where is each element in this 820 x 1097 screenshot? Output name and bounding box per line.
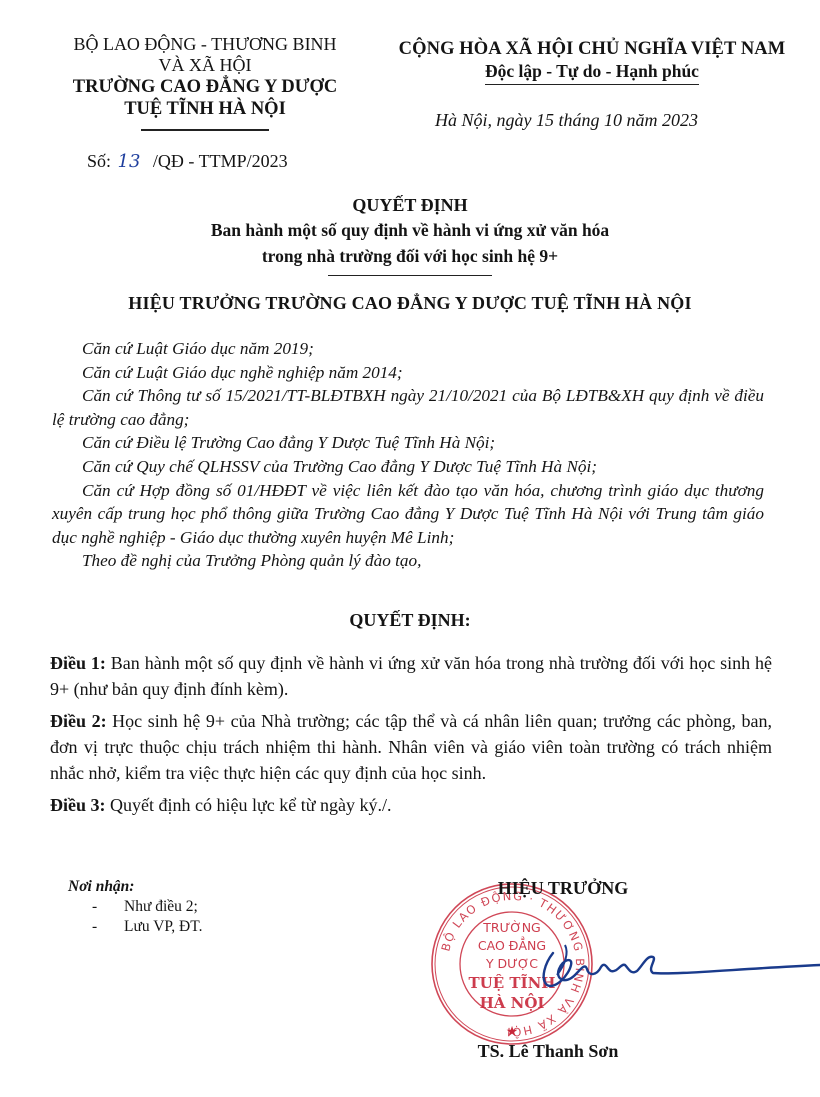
document-number-suffix: /QĐ - TTMP/2023 (153, 151, 288, 171)
svg-text:HÀ NỘI: HÀ NỘI (480, 993, 545, 1012)
legal-basis-item: Căn cứ Hợp đồng số 01/HĐĐT về việc liên … (52, 479, 764, 550)
legal-basis-item: Căn cứ Điều lệ Trường Cao đẳng Y Dược Tu… (52, 431, 764, 455)
country-name: CỘNG HÒA XÃ HỘI CHỦ NGHĨA VIỆT NAM (372, 38, 812, 60)
school-name-line1: TRƯỜNG CAO ĐẲNG Y DƯỢC (40, 76, 370, 98)
svg-text:Y DƯỢC: Y DƯỢC (485, 956, 538, 971)
article-label: Điều 3: (50, 795, 106, 815)
legal-basis-item: Căn cứ Quy chế QLHSSV của Trường Cao đẳn… (52, 455, 764, 479)
article-label: Điều 1: (50, 653, 106, 673)
document-number: Số: 13 /QĐ - TTMP/2023 (87, 151, 288, 172)
article-text: Học sinh hệ 9+ của Nhà trường; các tập t… (50, 711, 772, 783)
articles-list: Điều 1: Ban hành một số quy định về hành… (50, 650, 772, 824)
legal-basis-list: Căn cứ Luật Giáo dục năm 2019; Căn cứ Lu… (52, 337, 764, 573)
recipient-item: -Như điều 2; (68, 897, 202, 917)
article-3: Điều 3: Quyết định có hiệu lực kể từ ngà… (50, 792, 772, 818)
national-motto-block: CỘNG HÒA XÃ HỘI CHỦ NGHĨA VIỆT NAM Độc l… (372, 38, 812, 85)
document-title: QUYẾT ĐỊNH (0, 193, 820, 217)
divider (141, 129, 269, 131)
svg-text:★: ★ (506, 1025, 519, 1040)
ministry-name-line2: VÀ XÃ HỘI (40, 55, 370, 76)
article-2: Điều 2: Học sinh hệ 9+ của Nhà trường; c… (50, 708, 772, 786)
recipient-item: -Lưu VP, ĐT. (68, 917, 202, 937)
document-number-prefix: Số: (87, 151, 111, 171)
place-and-date: Hà Nội, ngày 15 tháng 10 năm 2023 (435, 110, 698, 131)
legal-basis-item: Căn cứ Luật Giáo dục năm 2019; (52, 337, 764, 361)
national-motto: Độc lập - Tự do - Hạnh phúc (485, 60, 699, 85)
document-subject-line2: trong nhà trường đối với học sinh hệ 9+ (0, 243, 820, 269)
legal-basis-item: Căn cứ Luật Giáo dục nghề nghiệp năm 201… (52, 361, 764, 385)
article-label: Điều 2: (50, 711, 107, 731)
recipient-text: Như điều 2; (124, 898, 198, 915)
issuing-authority: HIỆU TRƯỞNG TRƯỜNG CAO ĐẲNG Y DƯỢC TUỆ T… (0, 293, 820, 314)
article-1: Điều 1: Ban hành một số quy định về hành… (50, 650, 772, 702)
legal-basis-item: Theo đề nghị của Trưởng Phòng quản lý đà… (52, 549, 764, 573)
recipients-heading: Nơi nhận: (68, 877, 202, 897)
handwritten-number: 13 (118, 151, 141, 172)
decision-title-block: QUYẾT ĐỊNH Ban hành một số quy định về h… (0, 193, 820, 276)
article-text: Ban hành một số quy định về hành vi ứng … (50, 653, 772, 699)
school-name-line2: TUỆ TĨNH HÀ NỘI (40, 98, 370, 120)
signatory-title: HIỆU TRƯỞNG (468, 878, 658, 899)
decision-heading: QUYẾT ĐỊNH: (0, 610, 820, 631)
document-subject-line1: Ban hành một số quy định về hành vi ứng … (0, 217, 820, 243)
divider (328, 275, 492, 276)
legal-basis-item: Căn cứ Thông tư số 15/2021/TT-BLĐTBXH ng… (52, 384, 764, 431)
issuing-agency-block: BỘ LAO ĐỘNG - THƯƠNG BINH VÀ XÃ HỘI TRƯỜ… (40, 34, 370, 131)
handwritten-signature-icon (535, 935, 820, 995)
recipient-text: Lưu VP, ĐT. (124, 918, 202, 935)
recipients-block: Nơi nhận: -Như điều 2; -Lưu VP, ĐT. (68, 877, 202, 937)
svg-text:TRƯỜNG: TRƯỜNG (482, 920, 541, 935)
article-text: Quyết định có hiệu lực kể từ ngày ký./. (106, 795, 392, 815)
ministry-name-line1: BỘ LAO ĐỘNG - THƯƠNG BINH (40, 34, 370, 55)
